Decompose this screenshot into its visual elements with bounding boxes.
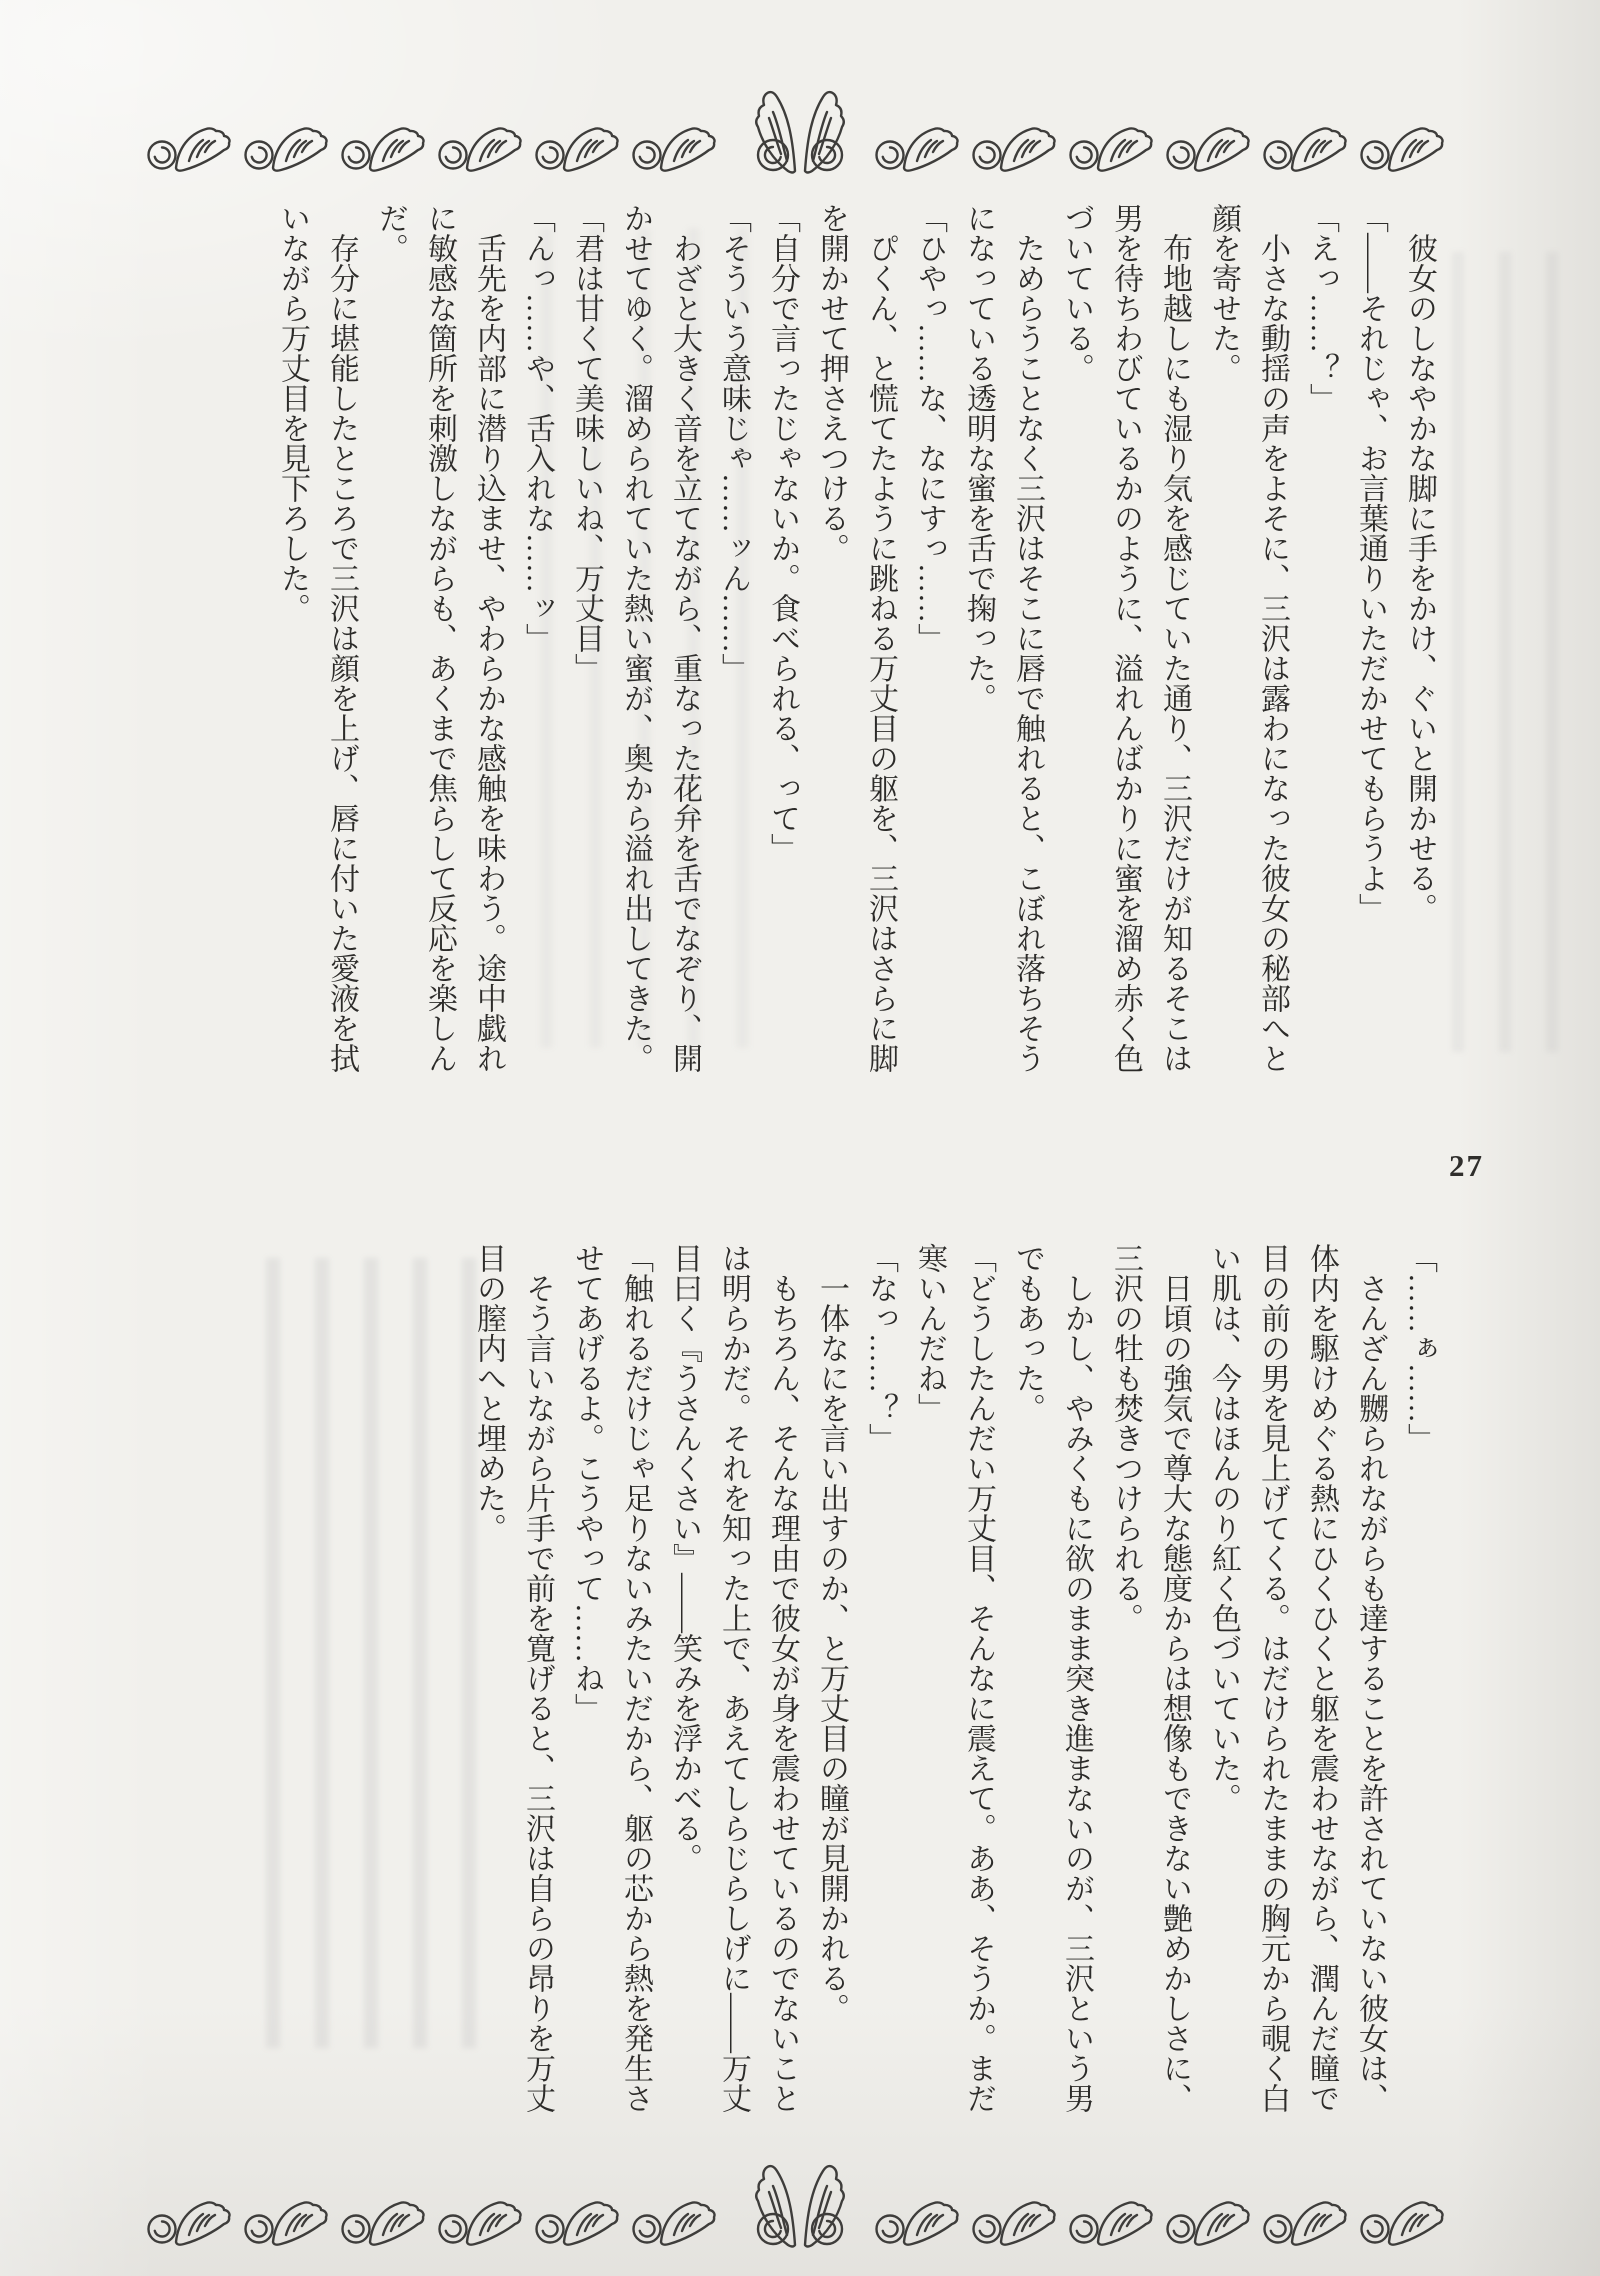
paragraph-dialogue: 「触れるだけじゃ足りないみたいだから、躯の芯から熱を発生させてあげるよ。こうやっ… <box>562 1243 660 2133</box>
paragraph-narration: しかし、やみくもに欲のまま突き進まないのが、三沢という男でもあった。 <box>1003 1243 1101 2133</box>
paragraph-dialogue: 「ひやっ……な、なにすっ……」 <box>905 203 954 1093</box>
text-block-upper: 彼女のしなやかな脚に手をかけ、ぐいと開かせる。「――それじゃ、お言葉通りいただか… <box>268 203 1444 1093</box>
ornamental-border-top <box>145 84 1455 180</box>
paragraph-dialogue: 「そういう意味じゃ……ッん……」 <box>709 203 758 1093</box>
paragraph-narration: ためらうことなく三沢はそこに唇で触れると、こぼれ落ちそうになっている透明な蜜を舌… <box>954 203 1052 1093</box>
paragraph-dialogue: 「君は甘くて美味しいね、万丈目」 <box>562 203 611 1093</box>
paragraph-dialogue: 「んっ……や、舌入れな……ッ」 <box>513 203 562 1093</box>
paragraph-narration: 小さな動揺の声をよそに、三沢は露わになった彼女の秘部へと顔を寄せた。 <box>1199 203 1297 1093</box>
paragraph-narration: ぴくん、と慌てたように跳ねる万丈目の躯を、三沢はさらに脚を開かせて押さえつける。 <box>807 203 905 1093</box>
paragraph-dialogue: 「――それじゃ、お言葉通りいただかせてもらうよ」 <box>1346 203 1395 1093</box>
paragraph-dialogue: 「なっ……？」 <box>856 1243 905 2133</box>
bleedthrough-smudge <box>1452 252 1564 1052</box>
paragraph-narration: 舌先を内部に潜り込ませ、やわらかな感触を味わう。途中戯れに敏感な箇所を刺激しなが… <box>366 203 513 1093</box>
paragraph-narration: 一体なにを言い出すのか、と万丈目の瞳が見開かれる。 <box>807 1243 856 2133</box>
paragraph-narration: 彼女のしなやかな脚に手をかけ、ぐいと開かせる。 <box>1395 203 1444 1093</box>
paragraph-dialogue: 「……ぁ……」 <box>1395 1243 1444 2133</box>
paragraph-dialogue: 「自分で言ったじゃないか。食べられる、って」 <box>758 203 807 1093</box>
paragraph-narration: 存分に堪能したところで三沢は顔を上げ、唇に付いた愛液を拭いながら万丈目を見下ろし… <box>268 203 366 1093</box>
paragraph-dialogue: 「えっ……？」 <box>1297 203 1346 1093</box>
paragraph-narration: 布地越しにも湿り気を感じていた通り、三沢だけが知るそこは男を待ちわびているかのよ… <box>1052 203 1199 1093</box>
ornamental-border-bottom <box>145 2158 1455 2254</box>
paragraph-narration: そう言いながら片手で前を寛げると、三沢は自らの昂りを万丈目の膣内へと埋めた。 <box>464 1243 562 2133</box>
bleedthrough-smudge <box>266 1258 478 2048</box>
paragraph-narration: さんざん嬲られながらも達することを許されていない彼女は、体内を駆けめぐる熱にひく… <box>1199 1243 1395 2133</box>
paragraph-narration: 日頃の強気で尊大な態度からは想像もできない艶めかしさに、三沢の牡も焚きつけられる… <box>1101 1243 1199 2133</box>
paragraph-narration: わざと大きく音を立てながら、重なった花弁を舌でなぞり、開かせてゆく。溜められてい… <box>611 203 709 1093</box>
text-block-lower: 「……ぁ……」さんざん嬲られながらも達することを許されていない彼女は、体内を駆け… <box>464 1243 1444 2133</box>
scanned-book-page: 彼女のしなやかな脚に手をかけ、ぐいと開かせる。「――それじゃ、お言葉通りいただか… <box>0 0 1600 2276</box>
page-number: 27 <box>1449 1148 1484 1184</box>
paragraph-narration: もちろん、そんな理由で彼女が身を震わせているのでないことは明らかだ。それを知った… <box>660 1243 807 2133</box>
paragraph-dialogue: 「どうしたんだい万丈目、そんなに震えて。ああ、そうか。まだ寒いんだね」 <box>905 1243 1003 2133</box>
